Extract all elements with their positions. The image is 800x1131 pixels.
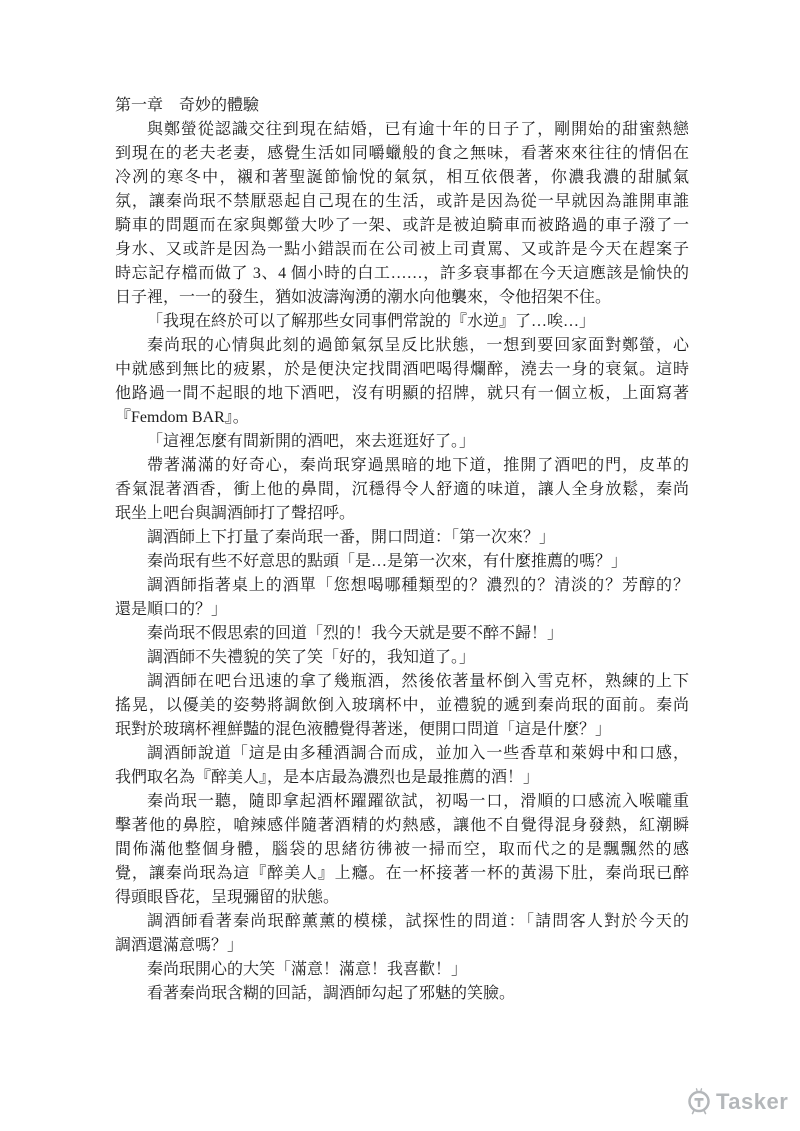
paragraph: 調酒師不失禮貌的笑了笑「好的，我知道了。」	[115, 646, 689, 670]
paragraph: 秦尚珉開心的大笑「滿意！滿意！我喜歡！」	[115, 958, 689, 982]
paragraph: 「這裡怎麼有間新開的酒吧，來去逛逛好了。」	[115, 430, 689, 454]
text-line: 調酒師上下打量了秦尚珉一番，開口問道：「第一次來？」	[115, 526, 689, 550]
paragraph: 「我現在終於可以了解那些女同事們常說的『水逆』了…唉…」	[115, 310, 689, 334]
text-line: 冷冽的寒冬中，襯和著聖誕節愉悅的氣氛，相互依偎著，你濃我濃的甜膩氣	[115, 166, 689, 190]
text-line: 秦尚珉的心情與此刻的過節氣氛呈反比狀態，一想到要回家面對鄭螢，心	[115, 334, 689, 358]
text-line: 秦尚珉有些不好意思的點頭「是…是第一次來，有什麼推薦的嗎？」	[115, 550, 689, 574]
text-line: 調酒師指著桌上的酒單「您想喝哪種類型的？濃烈的？清淡的？芳醇的？	[115, 574, 689, 598]
paragraph: 調酒師說道「這是由多種酒調合而成，並加入一些香草和萊姆中和口感，我們取名為『醉美…	[115, 742, 689, 790]
paragraph: 帶著滿滿的好奇心，秦尚珉穿過黑暗的地下道，推開了酒吧的門，皮革的香氣混著酒香，衝…	[115, 454, 689, 526]
text-line: 身水、又或許是因為一點小錯誤而在公司被上司責罵、又或許是今天在趕案子	[115, 238, 689, 262]
paragraph: 秦尚珉一聽，隨即拿起酒杯躍躍欲試，初喝一口，滑順的口感流入喉嚨重擊著他的鼻腔，嗆…	[115, 790, 689, 910]
text-line: 調酒師說道「這是由多種酒調合而成，並加入一些香草和萊姆中和口感，	[115, 742, 689, 766]
text-line: 還是順口的？」	[115, 598, 689, 622]
text-line: 與鄭螢從認識交往到現在結婚，已有逾十年的日子了，剛開始的甜蜜熱戀	[115, 118, 689, 142]
text-line: 調酒還滿意嗎？」	[115, 934, 689, 958]
text-line: 中就感到無比的疲累，於是便決定找間酒吧喝得爛醉，澆去一身的衰氣。這時	[115, 358, 689, 382]
text-line: 調酒師不失禮貌的笑了笑「好的，我知道了。」	[115, 646, 689, 670]
paragraph: 調酒師指著桌上的酒單「您想喝哪種類型的？濃烈的？清淡的？芳醇的？還是順口的？」	[115, 574, 689, 622]
paragraph: 秦尚珉有些不好意思的點頭「是…是第一次來，有什麼推薦的嗎？」	[115, 550, 689, 574]
text-line: 擊著他的鼻腔，嗆辣感伴隨著酒精的灼熱感，讓他不自覺得混身發熱，紅潮瞬	[115, 814, 689, 838]
text-line: 時忘記存檔而做了 3、4 個小時的白工……，許多衰事都在今天這應該是愉快的	[115, 262, 689, 286]
tasker-logo-icon	[684, 1087, 714, 1117]
text-line: 調酒師在吧台迅速的拿了幾瓶酒，然後依著量杯倒入雪克杯，熟練的上下	[115, 670, 689, 694]
paragraph: 調酒師看著秦尚珉醉薰薰的模樣，試探性的問道：「請問客人對於今天的調酒還滿意嗎？」	[115, 910, 689, 958]
watermark-text: Tasker	[716, 1089, 788, 1115]
document-body: 第一章 奇妙的體驗 與鄭螢從認識交往到現在結婚，已有逾十年的日子了，剛開始的甜蜜…	[115, 94, 689, 1006]
text-line: 「我現在終於可以了解那些女同事們常說的『水逆』了…唉…」	[115, 310, 689, 334]
text-line: 他路過一間不起眼的地下酒吧，沒有明顯的招牌，就只有一個立板，上面寫著	[115, 382, 689, 406]
text-line: 珉坐上吧台與調酒師打了聲招呼。	[115, 502, 689, 526]
paragraph: 看著秦尚珉含糊的回話，調酒師勾起了邪魅的笑臉。	[115, 982, 689, 1006]
text-line: 日子裡，一一的發生，猶如波濤洶湧的潮水向他襲來，令他招架不住。	[115, 286, 689, 310]
paragraph: 秦尚珉不假思索的回道「烈的！我今天就是要不醉不歸！」	[115, 622, 689, 646]
text-line: 到現在的老夫老妻，感覺生活如同嚼蠟般的食之無味，看著來來往往的情侶在	[115, 142, 689, 166]
text-line: 搖晃，以優美的姿勢將調飲倒入玻璃杯中，並禮貌的遞到秦尚珉的面前。秦尚	[115, 694, 689, 718]
text-line: 秦尚珉開心的大笑「滿意！滿意！我喜歡！」	[115, 958, 689, 982]
text-line: 得頭眼昏花，呈現彌留的狀態。	[115, 886, 689, 910]
text-line: 騎車的問題而在家與鄭螢大吵了一架、或許是被迫騎車而被路過的車子潑了一	[115, 214, 689, 238]
text-line: 氛，讓秦尚珉不禁厭惡起自己現在的生活，或許是因為從一早就因為誰開車誰	[115, 190, 689, 214]
text-line: 看著秦尚珉含糊的回話，調酒師勾起了邪魅的笑臉。	[115, 982, 689, 1006]
chapter-title: 第一章 奇妙的體驗	[115, 94, 689, 118]
paragraph: 秦尚珉的心情與此刻的過節氣氛呈反比狀態，一想到要回家面對鄭螢，心中就感到無比的疲…	[115, 334, 689, 430]
document-page: 第一章 奇妙的體驗 與鄭螢從認識交往到現在結婚，已有逾十年的日子了，剛開始的甜蜜…	[0, 0, 800, 1131]
text-line: 帶著滿滿的好奇心，秦尚珉穿過黑暗的地下道，推開了酒吧的門，皮革的	[115, 454, 689, 478]
text-line: 珉對於玻璃杯裡鮮豔的混色液體覺得著迷，便開口問道「這是什麼？」	[115, 718, 689, 742]
text-line: 『Femdom BAR』。	[115, 406, 689, 430]
watermark: Tasker	[684, 1087, 788, 1117]
text-line: 「這裡怎麼有間新開的酒吧，來去逛逛好了。」	[115, 430, 689, 454]
text-line: 間佈滿他整個身體，腦袋的思緒彷彿被一掃而空，取而代之的是飄飄然的感	[115, 838, 689, 862]
text-line: 秦尚珉不假思索的回道「烈的！我今天就是要不醉不歸！」	[115, 622, 689, 646]
text-line: 秦尚珉一聽，隨即拿起酒杯躍躍欲試，初喝一口，滑順的口感流入喉嚨重	[115, 790, 689, 814]
text-line: 調酒師看著秦尚珉醉薰薰的模樣，試探性的問道：「請問客人對於今天的	[115, 910, 689, 934]
text-line: 我們取名為『醉美人』，是本店最為濃烈也是最推薦的酒！」	[115, 766, 689, 790]
paragraph: 與鄭螢從認識交往到現在結婚，已有逾十年的日子了，剛開始的甜蜜熱戀到現在的老夫老妻…	[115, 118, 689, 310]
paragraph: 調酒師在吧台迅速的拿了幾瓶酒，然後依著量杯倒入雪克杯，熟練的上下搖晃，以優美的姿…	[115, 670, 689, 742]
paragraph: 調酒師上下打量了秦尚珉一番，開口問道：「第一次來？」	[115, 526, 689, 550]
text-line: 覺，讓秦尚珉為這『醉美人』上癮。在一杯接著一杯的黃湯下肚，秦尚珉已醉	[115, 862, 689, 886]
text-line: 香氣混著酒香，衝上他的鼻間，沉穩得令人舒適的味道，讓人全身放鬆，秦尚	[115, 478, 689, 502]
